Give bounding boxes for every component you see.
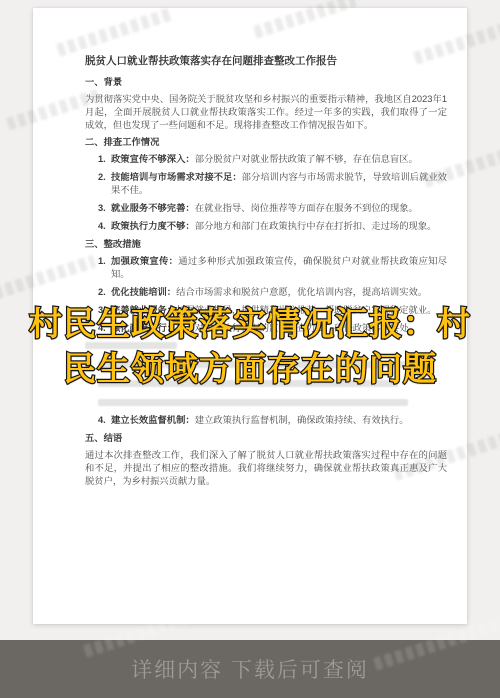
list-item: 2. 优化技能培训：结合市场需求和脱贫户意愿，优化培训内容，提高培训实效。 bbox=[85, 286, 447, 299]
section-heading-measures: 三、整改措施 bbox=[85, 238, 447, 251]
promo-title-line1: 村民生政策落实情况汇报：村 bbox=[0, 301, 500, 346]
item-number: 2. bbox=[98, 171, 111, 197]
list-item: 4. 建立长效监督机制：建立政策执行监督机制，确保政策持续、有效执行。 bbox=[85, 414, 447, 427]
preview-stage: 脱贫人口就业帮扶政策落实存在问题排查整改工作报告 一、背景 为贯彻落实党中央、国… bbox=[0, 0, 500, 698]
footer-bar: 详细内容 下载后可查阅 bbox=[0, 640, 500, 698]
item-number: 3. bbox=[98, 202, 111, 215]
conclusion-paragraph: 通过本次排查整改工作，我们深入了解了脱贫人口就业帮扶政策落实过程中存在的问题和不… bbox=[85, 449, 447, 488]
promo-title-overlay: 村民生政策落实情况汇报：村 民生领域方面存在的问题 bbox=[0, 301, 500, 391]
obscured-section-visible: 4. 建立长效监督机制：建立政策执行监督机制，确保政策持续、有效执行。 bbox=[85, 414, 447, 427]
item-number: 4. bbox=[98, 414, 111, 427]
item-text: 优化技能培训：结合市场需求和脱贫户意愿，优化培训内容，提高培训实效。 bbox=[111, 286, 447, 299]
list-item: 4. 政策执行力度不够：部分地方和部门在政策执行中存在打折扣、走过场的现象。 bbox=[85, 220, 447, 233]
list-item: 1. 加强政策宣传：通过多种形式加强政策宣传，确保脱贫户对就业帮扶政策应知尽知。 bbox=[85, 255, 447, 281]
item-number: 2. bbox=[98, 286, 111, 299]
item-number: 1. bbox=[98, 255, 111, 281]
item-text: 政策执行力度不够：部分地方和部门在政策执行中存在打折扣、走过场的现象。 bbox=[111, 220, 447, 233]
list-item: 3. 就业服务不够完善：在就业指导、岗位推荐等方面存在服务不到位的现象。 bbox=[85, 202, 447, 215]
item-number: 4. bbox=[98, 220, 111, 233]
item-number: 1. bbox=[98, 153, 111, 166]
promo-title-line2: 民生领域方面存在的问题 bbox=[0, 346, 500, 391]
list-item: 1. 政策宣传不够深入：部分脱贫户对就业帮扶政策了解不够，存在信息盲区。 bbox=[85, 153, 447, 166]
section-heading-conclusion: 五、结语 bbox=[85, 432, 447, 445]
list-item: 2. 技能培训与市场需求对接不足：部分培训内容与市场需求脱节，导致培训后就业效果… bbox=[85, 171, 447, 197]
item-text: 加强政策宣传：通过多种形式加强政策宣传，确保脱贫户对就业帮扶政策应知尽知。 bbox=[111, 255, 447, 281]
item-text: 就业服务不够完善：在就业指导、岗位推荐等方面存在服务不到位的现象。 bbox=[111, 202, 447, 215]
item-text: 技能培训与市场需求对接不足：部分培训内容与市场需求脱节，导致培训后就业效果不佳。 bbox=[111, 171, 447, 197]
obscured-line bbox=[98, 399, 408, 406]
item-text: 政策宣传不够深入：部分脱贫户对就业帮扶政策了解不够，存在信息盲区。 bbox=[111, 153, 447, 166]
section-heading-survey: 二、排查工作情况 bbox=[85, 136, 447, 149]
footer-hint-text: 详细内容 下载后可查阅 bbox=[131, 654, 369, 684]
document-title: 脱贫人口就业帮扶政策落实存在问题排查整改工作报告 bbox=[85, 54, 447, 68]
section-heading-background: 一、背景 bbox=[85, 76, 447, 89]
item-text: 建立长效监督机制：建立政策执行监督机制，确保政策持续、有效执行。 bbox=[111, 414, 447, 427]
survey-list: 1. 政策宣传不够深入：部分脱贫户对就业帮扶政策了解不够，存在信息盲区。 2. … bbox=[85, 153, 447, 233]
document-body: 脱贫人口就业帮扶政策落实存在问题排查整改工作报告 一、背景 为贯彻落实党中央、国… bbox=[85, 54, 447, 491]
background-paragraph: 为贯彻落实党中央、国务院关于脱贫攻坚和乡村振兴的重要指示精神，我地区自2023年… bbox=[85, 93, 447, 132]
